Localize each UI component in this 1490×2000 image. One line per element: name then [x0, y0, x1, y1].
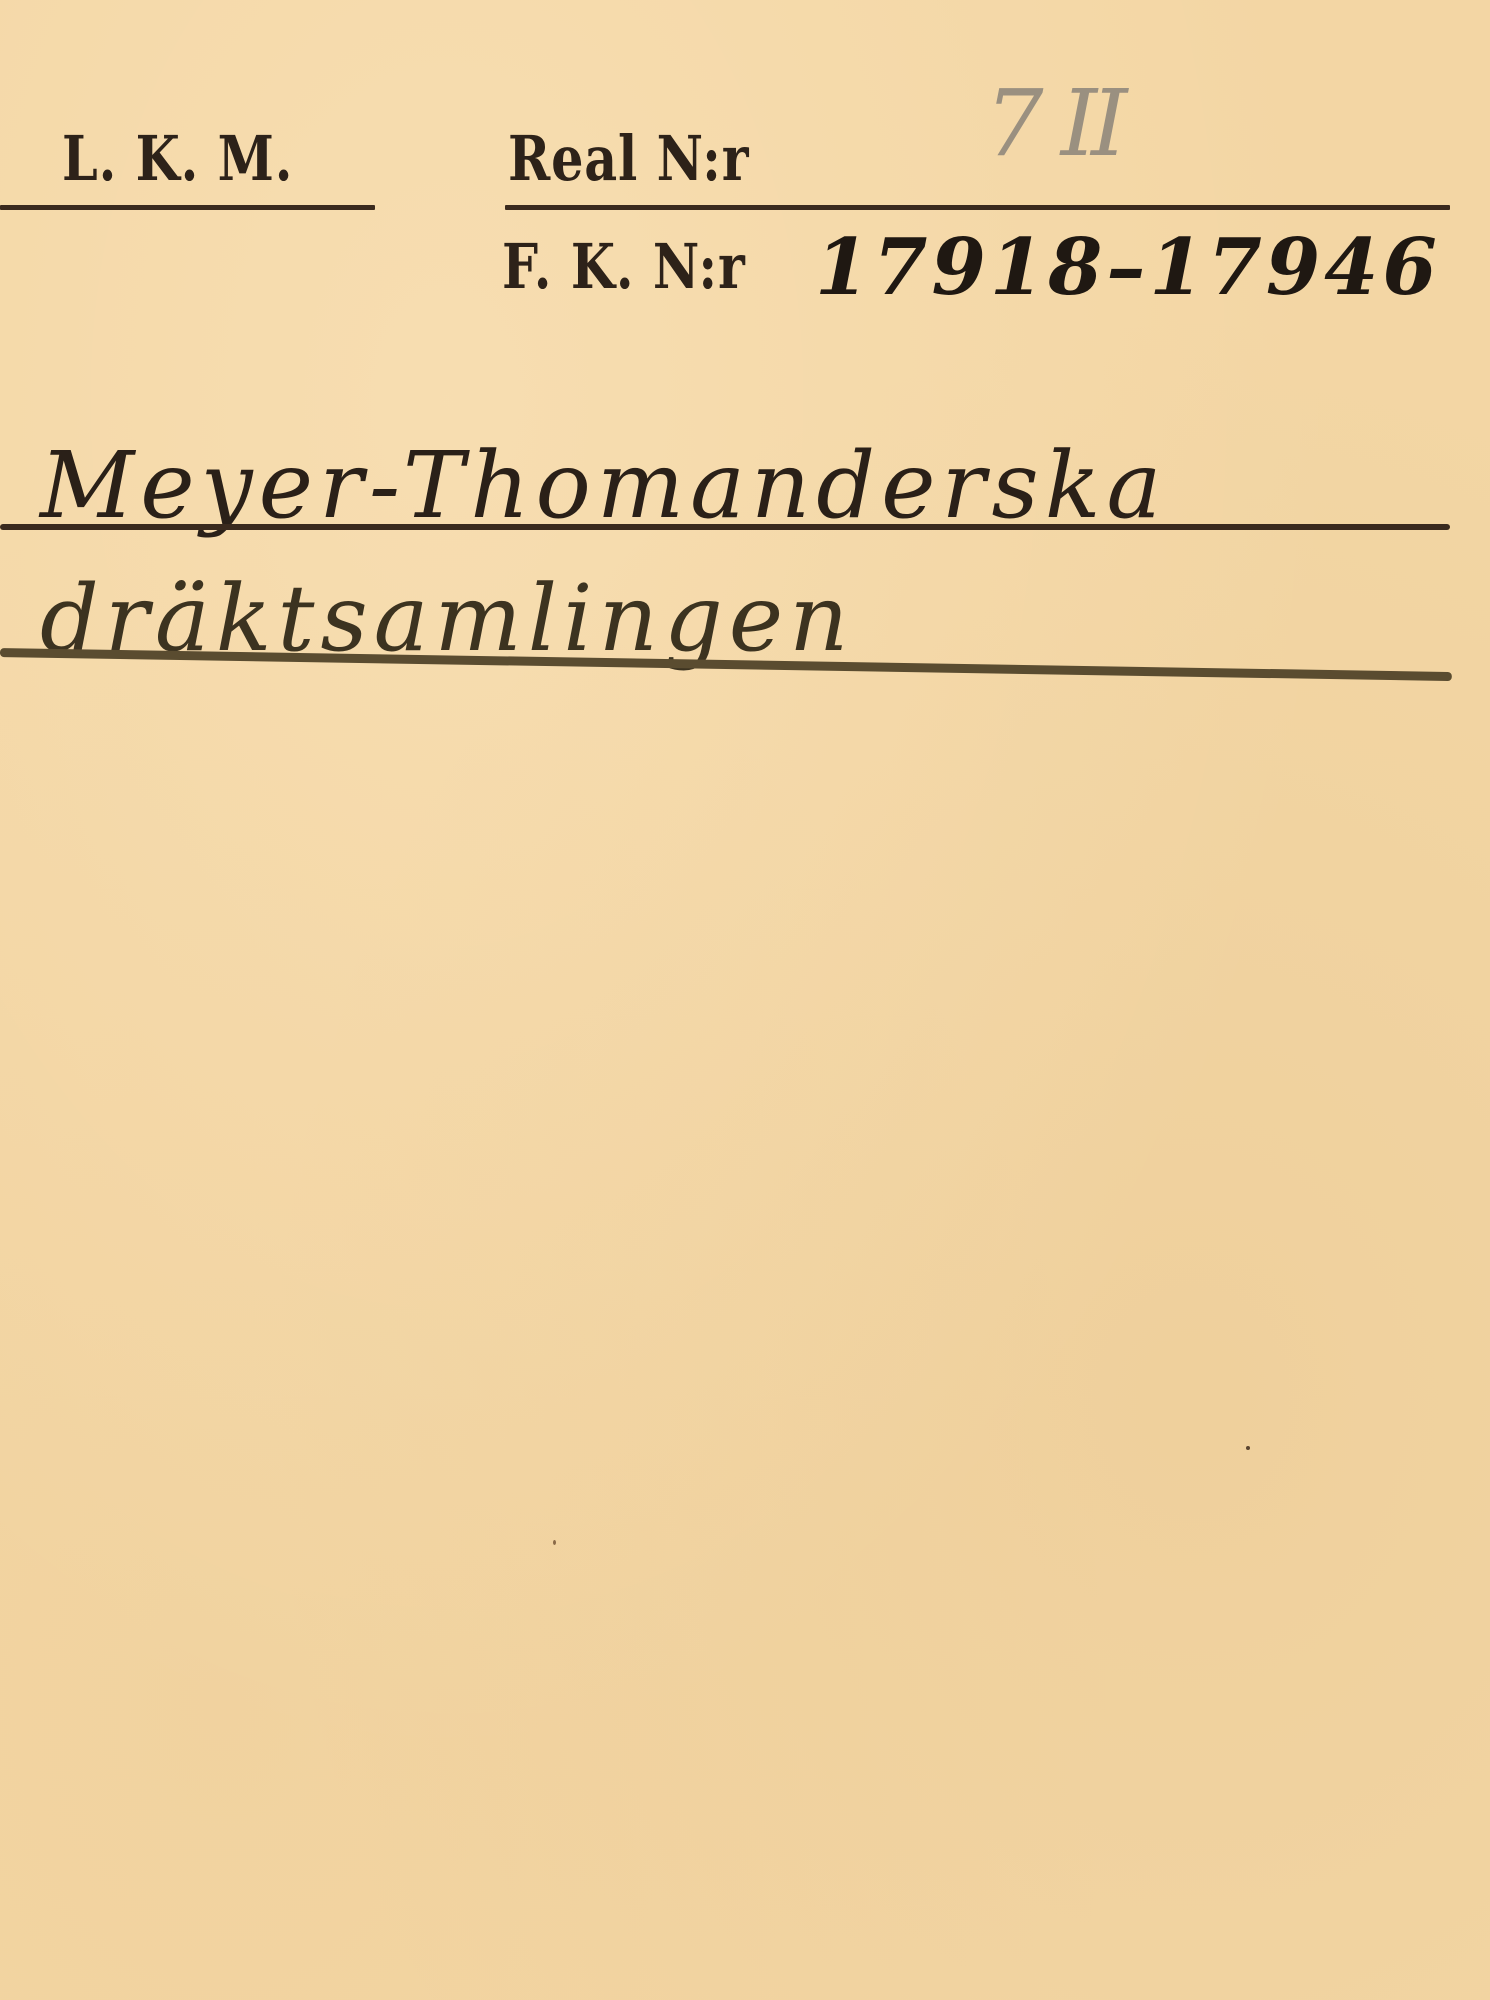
collection-name-line1: Meyer-Thomanderska [40, 432, 1167, 539]
line1-rule [0, 524, 1450, 530]
institution-underline [0, 205, 375, 210]
paper-speck [553, 1540, 556, 1545]
fk-number-label: F. K. N:r [502, 230, 746, 303]
paper-speck [1246, 1446, 1250, 1450]
catalog-card: L. K. M. Real N:r 7 II F. K. N:r 17918–1… [0, 0, 1490, 2000]
fk-number-value: 17918–17946 [815, 222, 1441, 313]
real-number-rule [505, 205, 1450, 210]
institution-label: L. K. M. [62, 122, 293, 195]
real-number-label: Real N:r [508, 122, 749, 195]
real-number-value: 7 II [985, 70, 1121, 177]
